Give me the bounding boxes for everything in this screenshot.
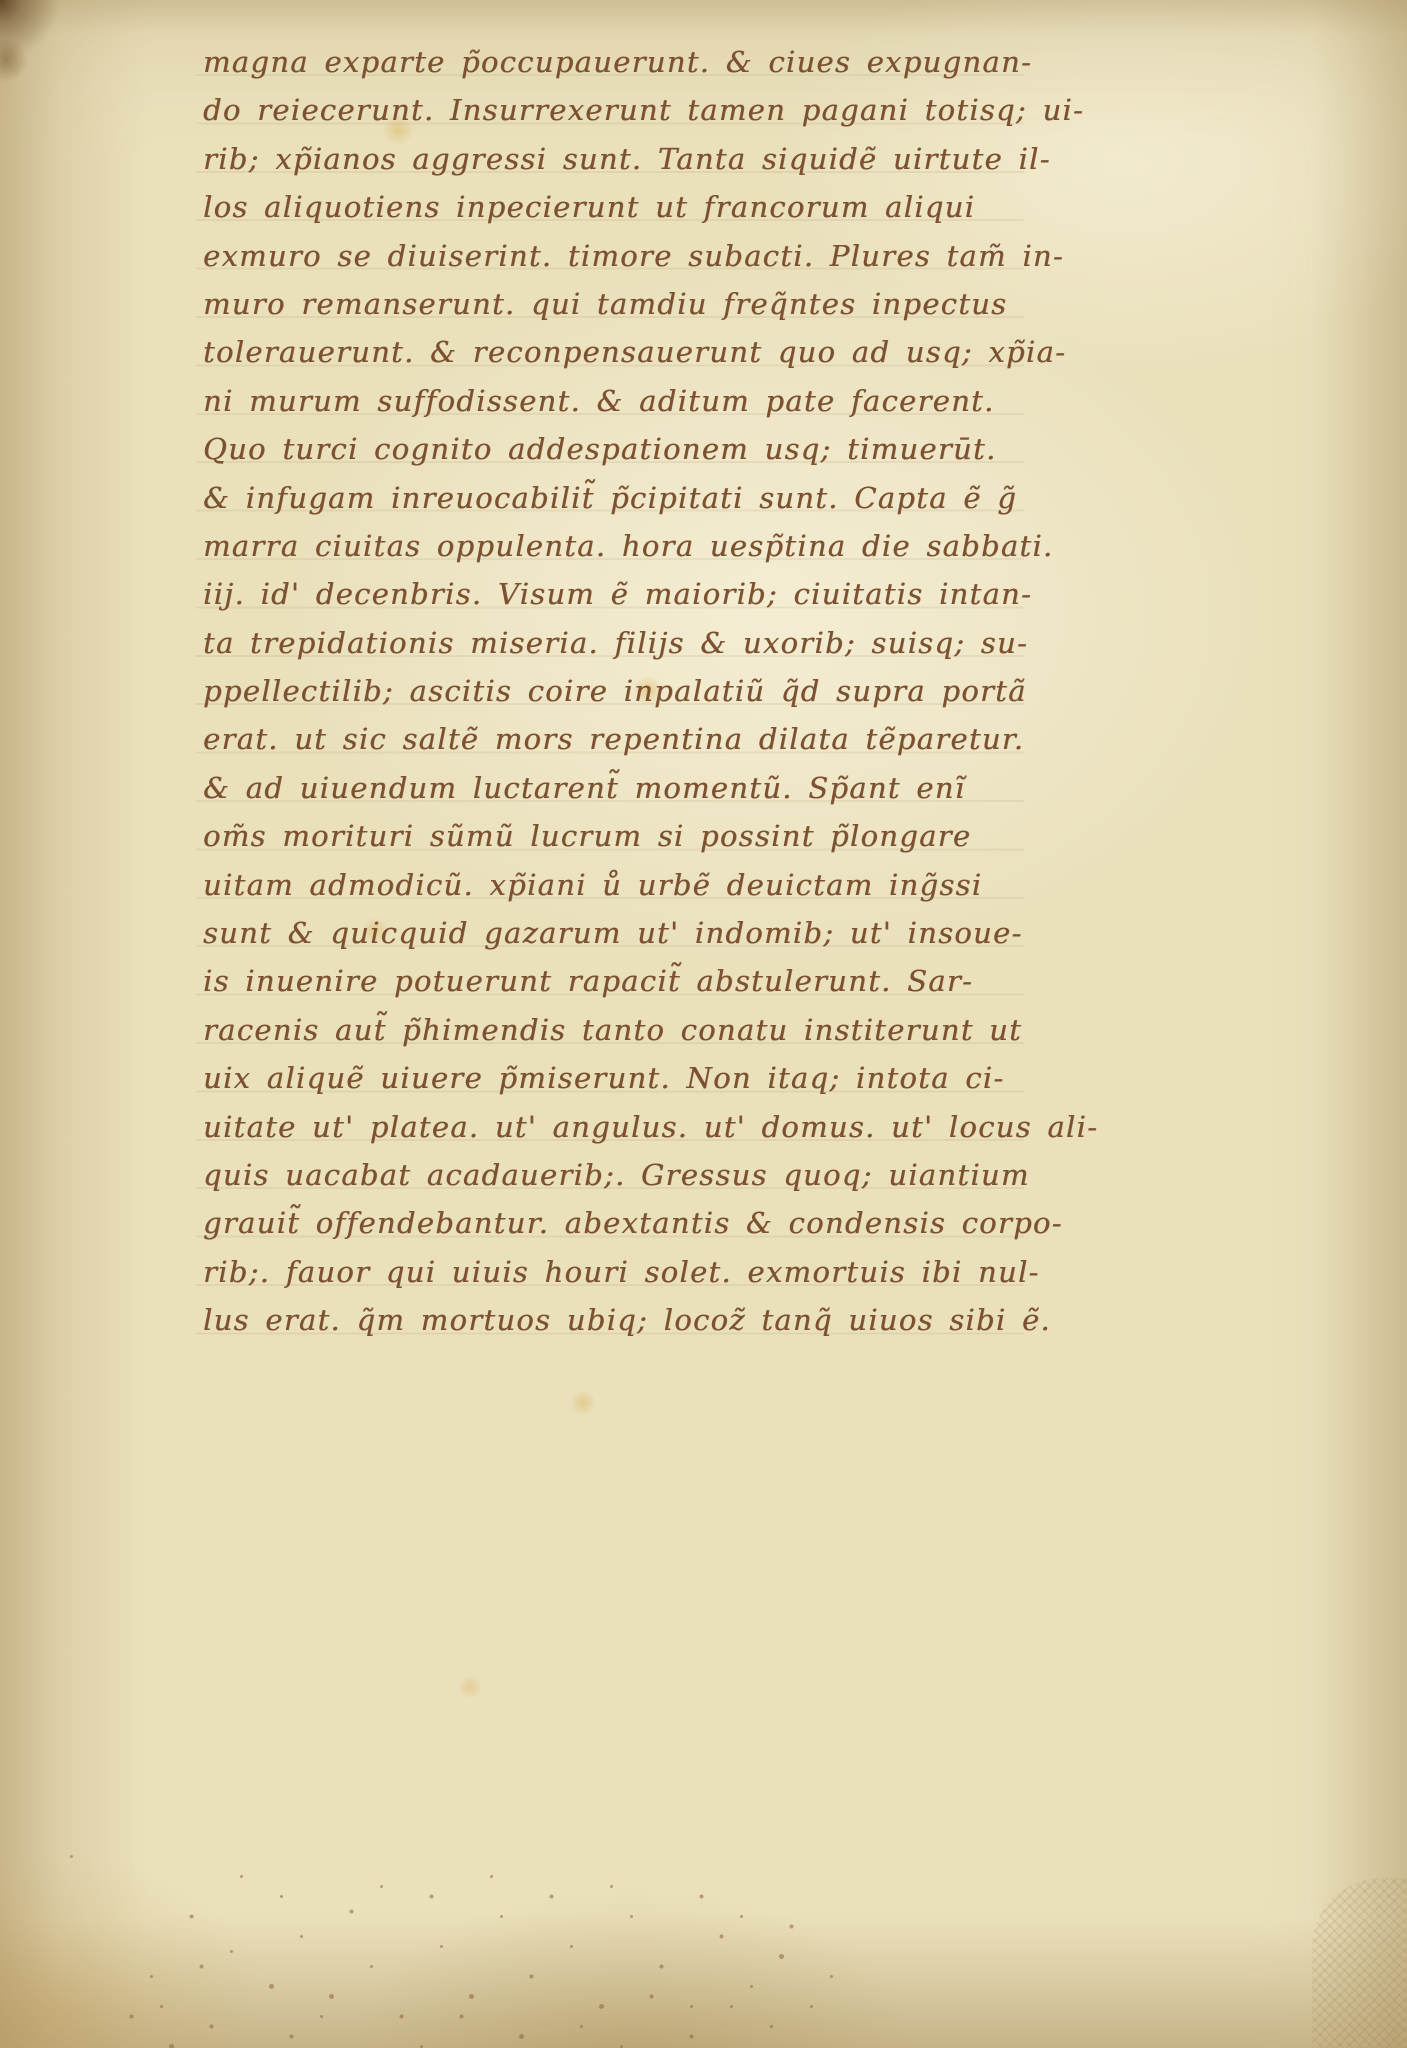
manuscript-line: ni murum suffodissent. & aditum pate fac…: [203, 377, 1033, 425]
text-block: magna exparte p̃occupauerunt. & ciues ex…: [203, 38, 1033, 1345]
manuscript-line: magna exparte p̃occupauerunt. & ciues ex…: [203, 38, 1033, 86]
manuscript-line: exmuro se diuiserint. timore subacti. Pl…: [203, 232, 1033, 280]
manuscript-line: tolerauerunt. & reconpensauerunt quo ad …: [203, 328, 1033, 376]
manuscript-line: ppellectilib; ascitis coire inpalatiũ q̃…: [203, 667, 1033, 715]
manuscript-line: quis uacabat acadauerib;. Gressus quoq; …: [203, 1151, 1033, 1199]
manuscript-line: & ad uiuendum luctarent̃ momentũ. Sp̃ant…: [203, 764, 1033, 812]
parchment-speckle-texture: [70, 1855, 73, 1858]
manuscript-line: iij. id' decenbris. Visum ẽ maiorib; ciu…: [203, 570, 1033, 618]
manuscript-line: uitam admodicũ. xp̃iani ů urbẽ deuictam …: [203, 861, 1033, 909]
manuscript-line: & infugam inreuocabilit̃ p̃cipitati sunt…: [203, 474, 1033, 522]
manuscript-line: do reiecerunt. Insurrexerunt tamen pagan…: [203, 86, 1033, 134]
manuscript-line: muro remanserunt. qui tamdiu freq̃ntes i…: [203, 280, 1033, 328]
manuscript-line: uix aliquẽ uiuere p̃miserunt. Non itaq; …: [203, 1054, 1033, 1102]
corner-weave-texture: [1312, 1878, 1407, 2048]
manuscript-line: om̃s morituri sũmũ lucrum si possint p̃l…: [203, 812, 1033, 860]
manuscript-line: marra ciuitas oppulenta. hora uesp̃tina …: [203, 522, 1033, 570]
manuscript-line: los aliquotiens inpecierunt ut francorum…: [203, 183, 1033, 231]
manuscript-line: Quo turci cognito addespationem usq; tim…: [203, 425, 1033, 473]
manuscript-line: erat. ut sic saltẽ mors repentina dilata…: [203, 715, 1033, 763]
manuscript-line: uitate ut' platea. ut' angulus. ut' domu…: [203, 1103, 1033, 1151]
manuscript-line: rib; xp̃ianos aggressi sunt. Tanta siqui…: [203, 135, 1033, 183]
manuscript-line: lus erat. q̃m mortuos ubiq; locoz̃ tanq̃…: [203, 1296, 1033, 1344]
manuscript-line: racenis aut̃ p̃himendis tanto conatu ins…: [203, 1006, 1033, 1054]
manuscript-line: ta trepidationis miseria. filijs & uxori…: [203, 619, 1033, 667]
manuscript-line: grauit̃ offendebantur. abextantis & cond…: [203, 1199, 1033, 1247]
manuscript-line: rib;. fauor qui uiuis houri solet. exmor…: [203, 1248, 1033, 1296]
manuscript-page: magna exparte p̃occupauerunt. & ciues ex…: [0, 0, 1407, 2048]
manuscript-line: sunt & quicquid gazarum ut' indomib; ut'…: [203, 909, 1033, 957]
manuscript-line: is inuenire potuerunt rapacit̃ abstuleru…: [203, 957, 1033, 1005]
